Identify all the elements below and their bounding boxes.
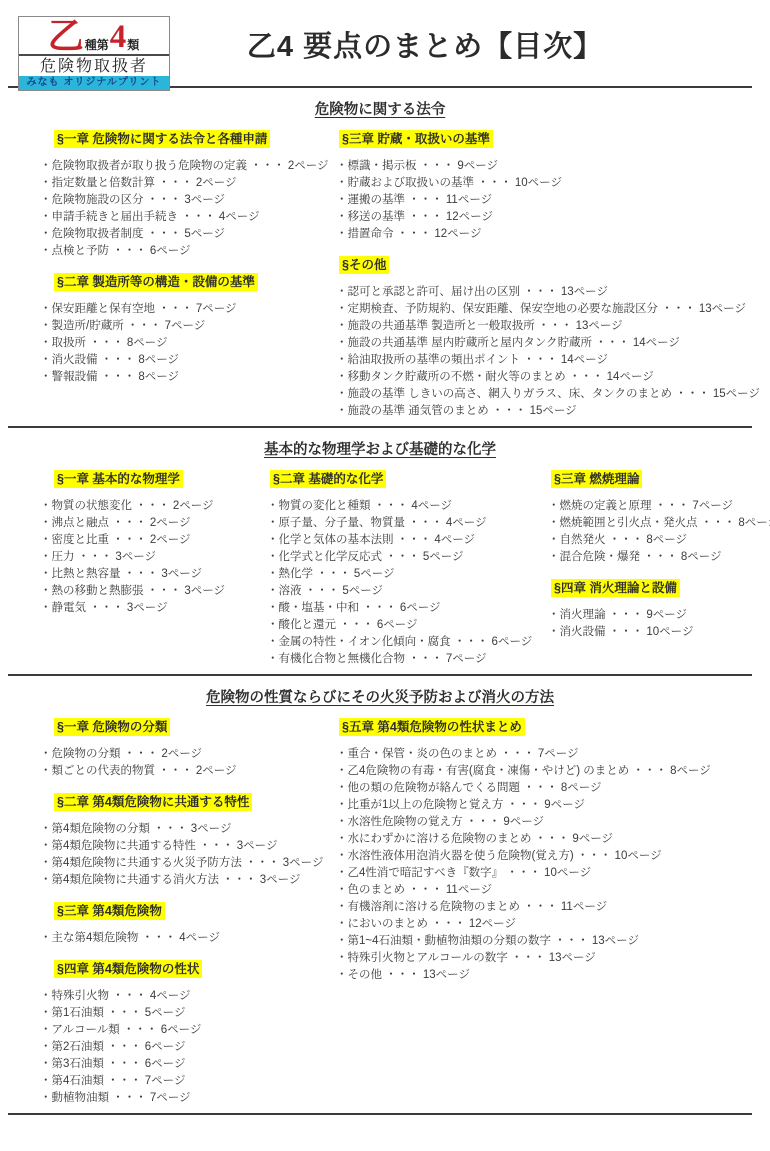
sections-container: 危険物に関する法令§一章 危険物に関する法令と各種申請・危険物取扱者が取り扱う危… [8,101,752,1115]
toc-item: ・給油取扱所の基準の頻出ポイント ・・・ 14ページ [336,352,752,369]
toc-item: ・申請手続きと届出手続き ・・・ 4ページ [40,209,336,226]
chapter-group: §五章 第4類危険物の性状まとめ・重合・保管・炎の色のまとめ ・・・ 7ページ・… [336,718,752,984]
section-columns: §一章 危険物の分類・危険物の分類 ・・・ 2ページ・類ごとの代表的物質 ・・・… [8,718,752,1107]
toc-column: §一章 危険物の分類・危険物の分類 ・・・ 2ページ・類ごとの代表的物質 ・・・… [40,718,336,1107]
toc-item: ・水にわずかに溶ける危険物のまとめ ・・・ 9ページ [336,831,752,848]
toc-item: ・第4石油類 ・・・ 7ページ [40,1073,336,1090]
publisher-logo: 乙 種第 4 類 危険物取扱者 みなも オリジナルプリント [18,16,170,91]
toc-item: ・静電気 ・・・ 3ページ [40,600,267,617]
logo-subtitle: 危険物取扱者 [19,56,169,76]
chapter-group: §四章 消火理論と設備・消火理論 ・・・ 9ページ・消火設備 ・・・ 10ページ [548,579,752,641]
chapter-title: §三章 貯蔵・取扱いの基準 [339,130,493,148]
toc-item: ・消火設備 ・・・ 10ページ [548,624,752,641]
toc-list: ・重合・保管・炎の色のまとめ ・・・ 7ページ・乙4危険物の有毒・有害(腐食・凍… [336,746,752,984]
chapter-title: §三章 燃焼理論 [551,470,642,488]
toc-item: ・第3石油類 ・・・ 6ページ [40,1056,336,1073]
toc-item: ・水溶性危険物の覚え方 ・・・ 9ページ [336,814,752,831]
chapter-title: §三章 第4類危険物 [54,902,165,920]
toc-column: §二章 基礎的な化学・物質の変化と種類 ・・・ 4ページ・原子量、分子量、物質量… [267,470,548,668]
chapter-title: §二章 第4類危険物に共通する特性 [54,793,252,811]
logo-class-number: 4 [110,21,127,54]
toc-list: ・標識・掲示板 ・・・ 9ページ・貯蔵および取扱いの基準 ・・・ 10ページ・運… [336,158,752,243]
toc-item: ・取扱所 ・・・ 8ページ [40,335,336,352]
section-columns: §一章 基本的な物理学・物質の状態変化 ・・・ 2ページ・沸点と融点 ・・・ 2… [8,470,752,668]
toc-item: ・混合危険・爆発 ・・・ 8ページ [548,549,752,566]
toc-item: ・第4類危険物に共通する特性 ・・・ 3ページ [40,838,336,855]
toc-item: ・措置命令 ・・・ 12ページ [336,226,752,243]
toc-item: ・第4類危険物に共通する消火方法 ・・・ 3ページ [40,872,336,889]
toc-item: ・第2石油類 ・・・ 6ページ [40,1039,336,1056]
chapter-group: §三章 貯蔵・取扱いの基準・標識・掲示板 ・・・ 9ページ・貯蔵および取扱いの基… [336,130,752,243]
toc-item: ・施設の基準 しきいの高さ、網入りガラス、床、タンクのまとめ ・・・ 15ページ [336,386,752,403]
toc-item: ・主な第4類危険物 ・・・ 4ページ [40,930,336,947]
toc-item: ・熱化学 ・・・ 5ページ [267,566,548,583]
page-title: 乙4 要点のまとめ【目次】 [188,24,662,65]
toc-item: ・アルコール類 ・・・ 6ページ [40,1022,336,1039]
toc-list: ・保安距離と保有空地 ・・・ 7ページ・製造所/貯蔵所 ・・・ 7ページ・取扱所… [40,301,336,386]
chapter-group: §一章 危険物に関する法令と各種申請・危険物取扱者が取り扱う危険物の定義 ・・・… [40,130,336,260]
toc-item: ・特殊引火物 ・・・ 4ページ [40,988,336,1005]
chapter-title: §五章 第4類危険物の性状まとめ [339,718,525,736]
chapter-group: §一章 基本的な物理学・物質の状態変化 ・・・ 2ページ・沸点と融点 ・・・ 2… [40,470,267,617]
toc-item: ・圧力 ・・・ 3ページ [40,549,267,566]
toc-item: ・化学と気体の基本法則 ・・・ 4ページ [267,532,548,549]
toc-list: ・物質の状態変化 ・・・ 2ページ・沸点と融点 ・・・ 2ページ・密度と比重 ・… [40,498,267,617]
toc-item: ・原子量、分子量、物質量 ・・・ 4ページ [267,515,548,532]
toc-item: ・化学式と化学反応式 ・・・ 5ページ [267,549,548,566]
toc-item: ・物質の状態変化 ・・・ 2ページ [40,498,267,515]
header: 乙 種第 4 類 危険物取扱者 みなも オリジナルプリント 乙4 要点のまとめ【… [8,0,752,88]
chapter-title: §一章 基本的な物理学 [54,470,183,488]
toc-item: ・危険物取扱者制度 ・・・ 5ページ [40,226,336,243]
toc-column: §三章 貯蔵・取扱いの基準・標識・掲示板 ・・・ 9ページ・貯蔵および取扱いの基… [336,130,752,420]
toc-list: ・主な第4類危険物 ・・・ 4ページ [40,930,336,947]
toc-item: ・危険物取扱者が取り扱う危険物の定義 ・・・ 2ページ [40,158,336,175]
toc-item: ・酸・塩基・中和 ・・・ 6ページ [267,600,548,617]
chapter-group: §二章 基礎的な化学・物質の変化と種類 ・・・ 4ページ・原子量、分子量、物質量… [267,470,548,668]
toc-item: ・警報設備 ・・・ 8ページ [40,369,336,386]
toc-item: ・重合・保管・炎の色のまとめ ・・・ 7ページ [336,746,752,763]
toc-item: ・物質の変化と種類 ・・・ 4ページ [267,498,548,515]
toc-item: ・熱の移動と熱膨張 ・・・ 3ページ [40,583,267,600]
chapter-title: §二章 基礎的な化学 [270,470,386,488]
toc-section: 基本的な物理学および基礎的な化学§一章 基本的な物理学・物質の状態変化 ・・・ … [8,441,752,676]
section-heading: 基本的な物理学および基礎的な化学 [8,441,752,460]
toc-item: ・製造所/貯蔵所 ・・・ 7ページ [40,318,336,335]
toc-item: ・その他 ・・・ 13ページ [336,967,752,984]
chapter-group: §二章 第4類危険物に共通する特性・第4類危険物の分類 ・・・ 3ページ・第4類… [40,793,336,889]
logo-otsu-character: 乙 [48,18,84,54]
chapter-title: §一章 危険物に関する法令と各種申請 [54,130,270,148]
toc-item: ・指定数量と倍数計算 ・・・ 2ページ [40,175,336,192]
toc-item: ・金属の特性・イオン化傾向・腐食 ・・・ 6ページ [267,634,548,651]
chapter-group: §三章 燃焼理論・燃焼の定義と原理 ・・・ 7ページ・燃焼範囲と引火点・発火点 … [548,470,752,566]
toc-item: ・第1~4石油類・動植物油類の分類の数字 ・・・ 13ページ [336,933,752,950]
toc-item: ・溶液 ・・・ 5ページ [267,583,548,600]
toc-list: ・危険物の分類 ・・・ 2ページ・類ごとの代表的物質 ・・・ 2ページ [40,746,336,780]
toc-item: ・施設の基準 通気管のまとめ ・・・ 15ページ [336,403,752,420]
toc-list: ・消火理論 ・・・ 9ページ・消火設備 ・・・ 10ページ [548,607,752,641]
logo-suffix-text: 類 [126,39,140,54]
toc-item: ・移送の基準 ・・・ 12ページ [336,209,752,226]
toc-item: ・酸化と還元 ・・・ 6ページ [267,617,548,634]
toc-item: ・危険物施設の区分 ・・・ 3ページ [40,192,336,209]
toc-item: ・第1石油類 ・・・ 5ページ [40,1005,336,1022]
toc-section: 危険物に関する法令§一章 危険物に関する法令と各種申請・危険物取扱者が取り扱う危… [8,101,752,428]
chapter-title: §二章 製造所等の構造・設備の基準 [54,273,258,291]
toc-column: §一章 危険物に関する法令と各種申請・危険物取扱者が取り扱う危険物の定義 ・・・… [40,130,336,386]
toc-item: ・特殊引火物とアルコールの数字 ・・・ 13ページ [336,950,752,967]
logo-middle-text: 種第 [84,39,110,54]
toc-item: ・密度と比重 ・・・ 2ページ [40,532,267,549]
toc-item: ・認可と承認と許可、届け出の区別 ・・・ 13ページ [336,284,752,301]
logo-class-line: 乙 種第 4 類 [19,17,169,56]
toc-item: ・燃焼範囲と引火点・発火点 ・・・ 8ページ [548,515,752,532]
toc-item: ・点検と予防 ・・・ 6ページ [40,243,336,260]
toc-list: ・危険物取扱者が取り扱う危険物の定義 ・・・ 2ページ・指定数量と倍数計算 ・・… [40,158,336,260]
toc-item: ・消火理論 ・・・ 9ページ [548,607,752,624]
chapter-group: §二章 製造所等の構造・設備の基準・保安距離と保有空地 ・・・ 7ページ・製造所… [40,273,336,386]
toc-item: ・燃焼の定義と原理 ・・・ 7ページ [548,498,752,515]
toc-item: ・施設の共通基準 製造所と一般取扱所 ・・・ 13ページ [336,318,752,335]
toc-item: ・動植物油類 ・・・ 7ページ [40,1090,336,1107]
toc-item: ・第4類危険物に共通する火災予防方法 ・・・ 3ページ [40,855,336,872]
toc-list: ・認可と承認と許可、届け出の区別 ・・・ 13ページ・定期検査、予防規約、保安距… [336,284,752,420]
chapter-group: §一章 危険物の分類・危険物の分類 ・・・ 2ページ・類ごとの代表的物質 ・・・… [40,718,336,780]
chapter-group: §その他・認可と承認と許可、届け出の区別 ・・・ 13ページ・定期検査、予防規約… [336,256,752,420]
toc-item: ・沸点と融点 ・・・ 2ページ [40,515,267,532]
toc-item: ・においのまとめ ・・・ 12ページ [336,916,752,933]
toc-column: §一章 基本的な物理学・物質の状態変化 ・・・ 2ページ・沸点と融点 ・・・ 2… [40,470,267,617]
toc-item: ・運搬の基準 ・・・ 11ページ [336,192,752,209]
toc-column: §三章 燃焼理論・燃焼の定義と原理 ・・・ 7ページ・燃焼範囲と引火点・発火点 … [548,470,752,641]
toc-list: ・燃焼の定義と原理 ・・・ 7ページ・燃焼範囲と引火点・発火点 ・・・ 8ページ… [548,498,752,566]
toc-page: 乙 種第 4 類 危険物取扱者 みなも オリジナルプリント 乙4 要点のまとめ【… [0,0,770,1151]
chapter-title: §四章 消火理論と設備 [551,579,680,597]
toc-item: ・自然発火 ・・・ 8ページ [548,532,752,549]
toc-item: ・施設の共通基準 屋内貯蔵所と屋内タンク貯蔵所 ・・・ 14ページ [336,335,752,352]
sheet: 乙 種第 4 類 危険物取扱者 みなも オリジナルプリント 乙4 要点のまとめ【… [8,0,752,1115]
toc-item: ・貯蔵および取扱いの基準 ・・・ 10ページ [336,175,752,192]
chapter-group: §三章 第4類危険物・主な第4類危険物 ・・・ 4ページ [40,902,336,947]
toc-item: ・第4類危険物の分類 ・・・ 3ページ [40,821,336,838]
toc-list: ・物質の変化と種類 ・・・ 4ページ・原子量、分子量、物質量 ・・・ 4ページ・… [267,498,548,668]
toc-section: 危険物の性質ならびにその火災予防および消火の方法§一章 危険物の分類・危険物の分… [8,689,752,1115]
toc-item: ・色のまとめ ・・・ 11ページ [336,882,752,899]
section-heading: 危険物に関する法令 [8,101,752,120]
toc-item: ・標識・掲示板 ・・・ 9ページ [336,158,752,175]
chapter-title: §一章 危険物の分類 [54,718,170,736]
toc-list: ・第4類危険物の分類 ・・・ 3ページ・第4類危険物に共通する特性 ・・・ 3ペ… [40,821,336,889]
toc-item: ・移動タンク貯蔵所の不燃・耐火等のまとめ ・・・ 14ページ [336,369,752,386]
chapter-title: §四章 第4類危険物の性状 [54,960,202,978]
toc-item: ・消火設備 ・・・ 8ページ [40,352,336,369]
toc-item: ・有機化合物と無機化合物 ・・・ 7ページ [267,651,548,668]
toc-item: ・危険物の分類 ・・・ 2ページ [40,746,336,763]
toc-item: ・乙4危険物の有毒・有害(腐食・凍傷・やけど) のまとめ ・・・ 8ページ [336,763,752,780]
section-columns: §一章 危険物に関する法令と各種申請・危険物取扱者が取り扱う危険物の定義 ・・・… [8,130,752,420]
toc-item: ・他の類の危険物が絡んでくる問題 ・・・ 8ページ [336,780,752,797]
toc-item: ・保安距離と保有空地 ・・・ 7ページ [40,301,336,318]
toc-item: ・乙4性消で暗記すべき『数字』 ・・・ 10ページ [336,865,752,882]
toc-list: ・特殊引火物 ・・・ 4ページ・第1石油類 ・・・ 5ページ・アルコール類 ・・… [40,988,336,1107]
chapter-group: §四章 第4類危険物の性状・特殊引火物 ・・・ 4ページ・第1石油類 ・・・ 5… [40,960,336,1107]
toc-item: ・定期検査、予防規約、保安距離、保安空地の必要な施設区分 ・・・ 13ページ [336,301,752,318]
logo-banner: みなも オリジナルプリント [19,76,169,90]
chapter-title: §その他 [339,256,389,274]
toc-item: ・水溶性液体用泡消火器を使う危険物(覚え方) ・・・ 10ページ [336,848,752,865]
toc-item: ・比重が1以上の危険物と覚え方 ・・・ 9ページ [336,797,752,814]
toc-item: ・比熱と熱容量 ・・・ 3ページ [40,566,267,583]
toc-item: ・有機溶剤に溶ける危険物のまとめ ・・・ 11ページ [336,899,752,916]
section-heading: 危険物の性質ならびにその火災予防および消火の方法 [8,689,752,708]
toc-item: ・類ごとの代表的物質 ・・・ 2ページ [40,763,336,780]
toc-column: §五章 第4類危険物の性状まとめ・重合・保管・炎の色のまとめ ・・・ 7ページ・… [336,718,752,984]
